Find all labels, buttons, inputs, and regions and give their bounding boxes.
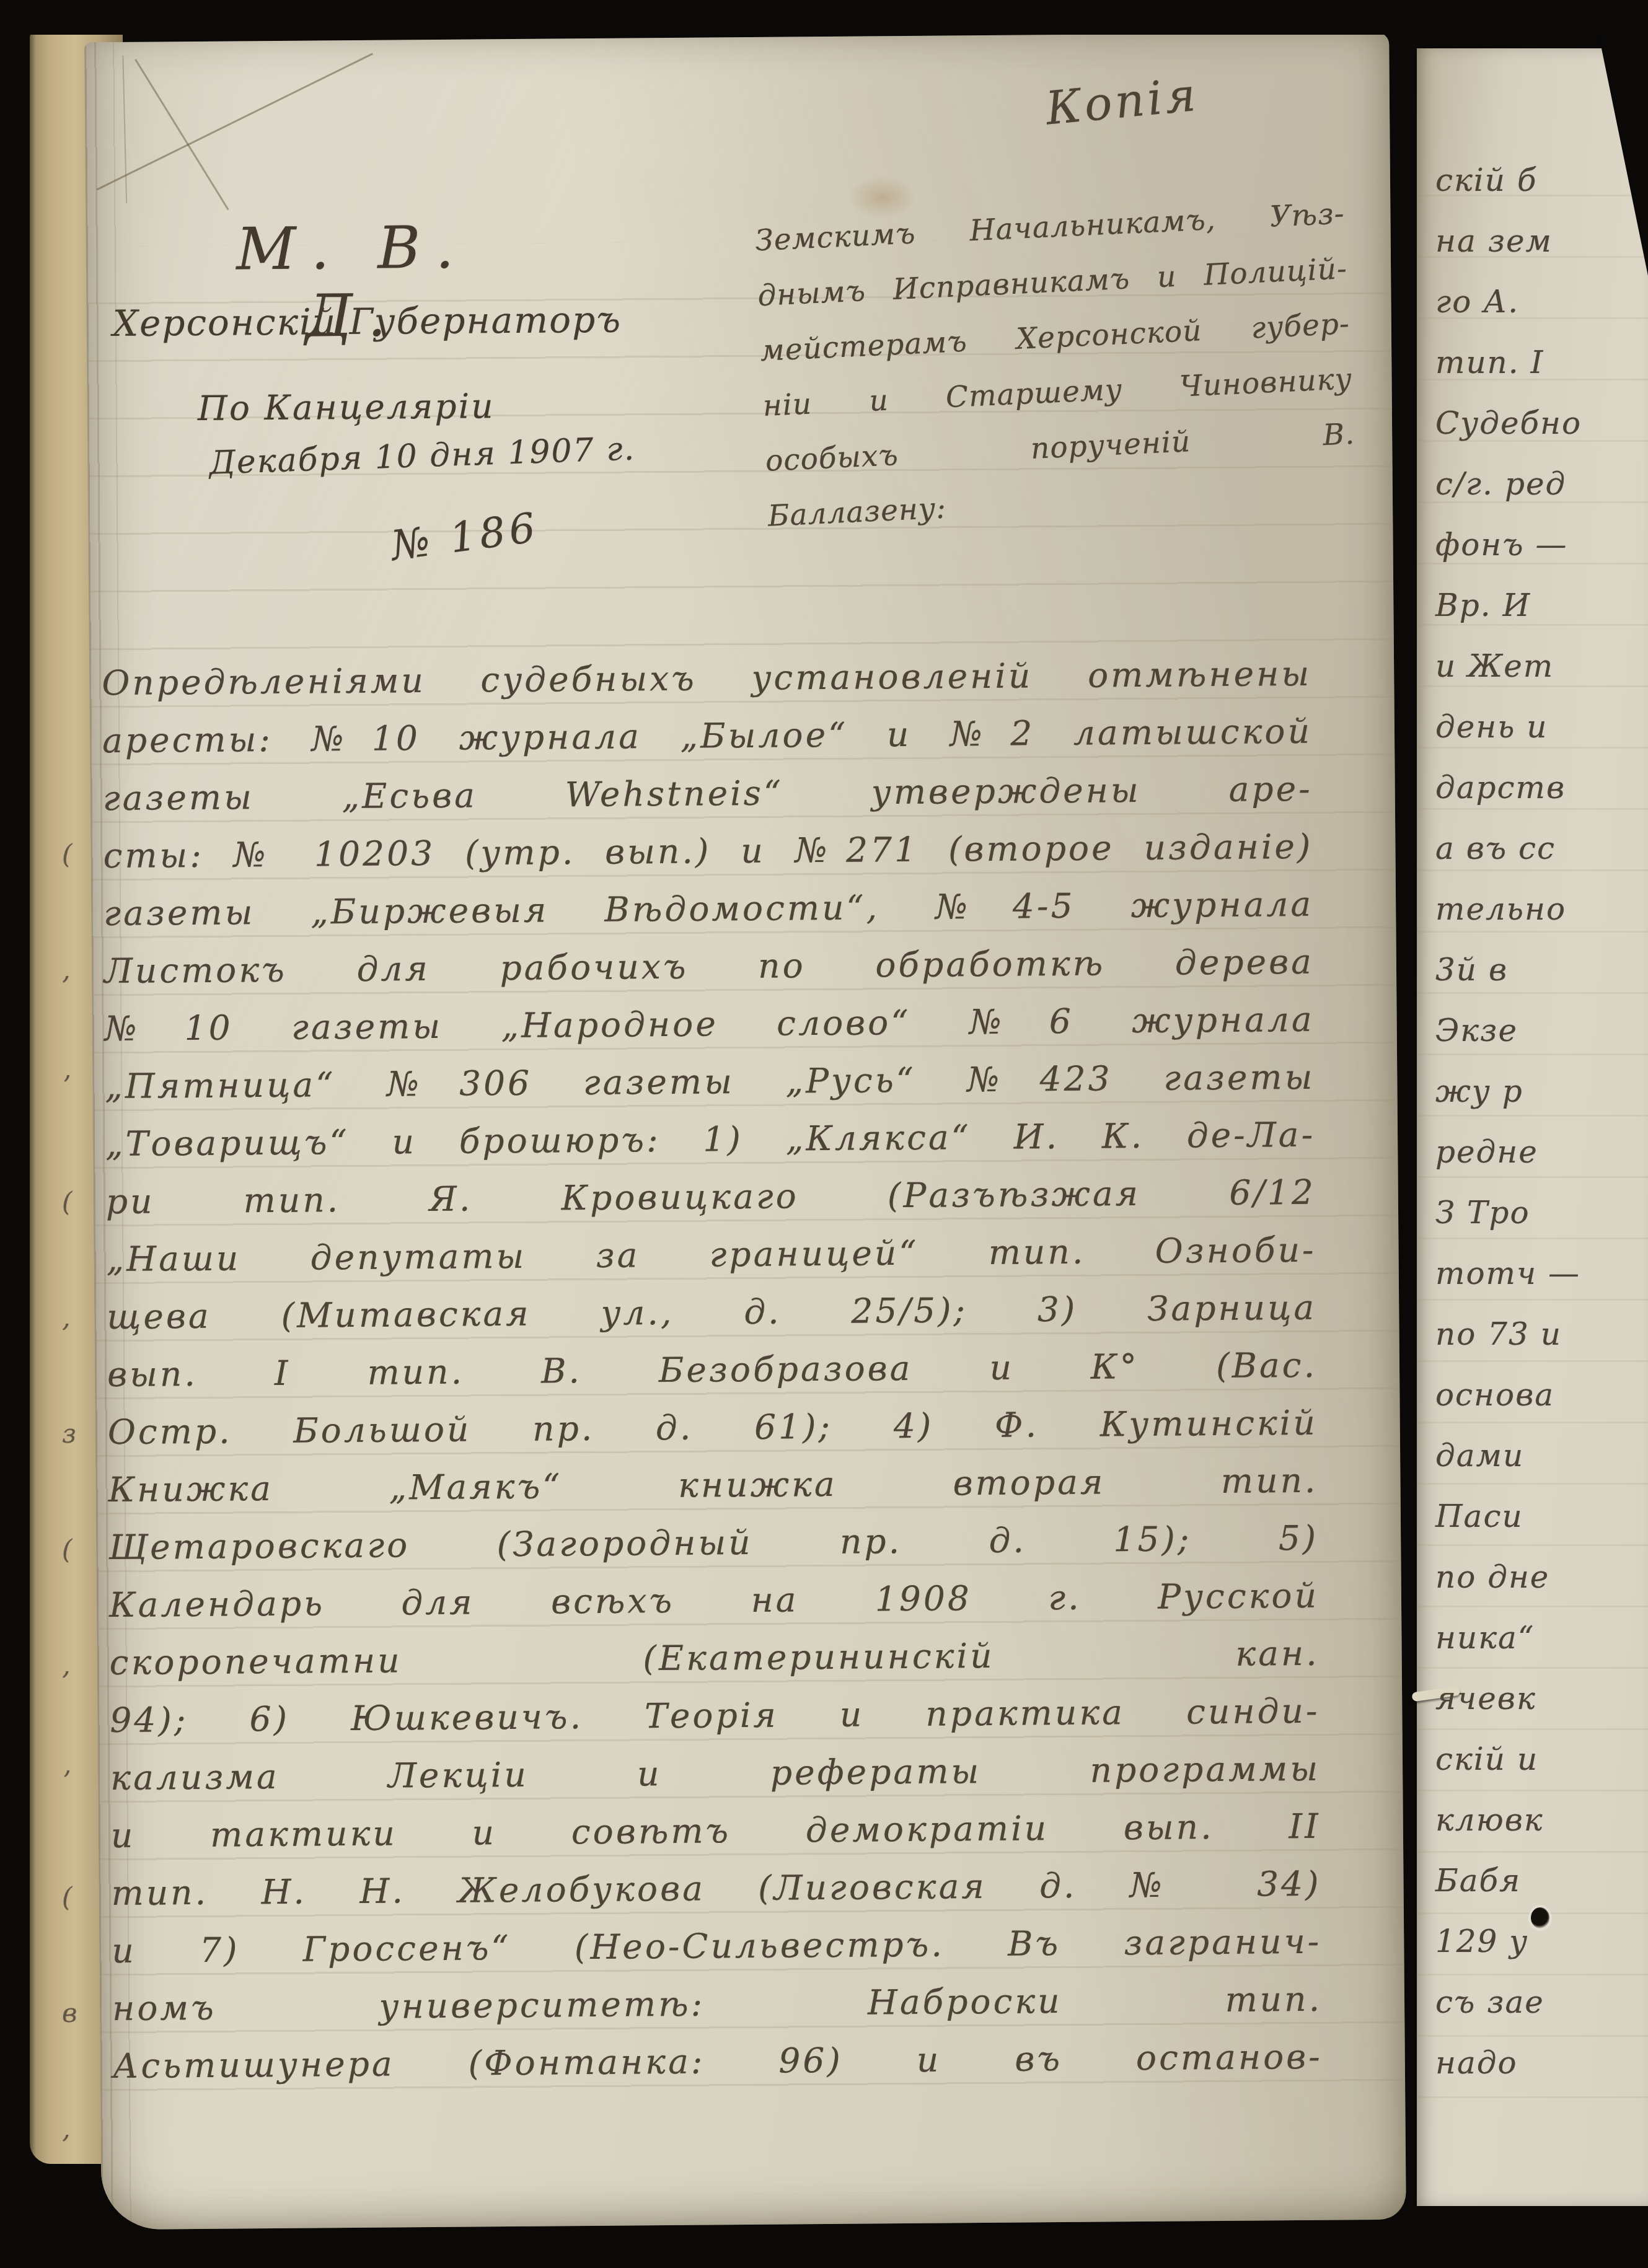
body-text: Опредѣленіями судебныхъ установленій отм… [102,645,1323,2095]
handwritten-line: Асьтишунера (Фонтанка: 96) и въ останов- [112,2028,1323,2095]
handwritten-line: и 7) Гроссенъ“ (Нео-Сильвестръ. Въ загра… [112,1913,1322,1980]
ink-mark: ‚ [62,1607,77,1723]
handwritten-fragment: Бабя [1435,1850,1582,1911]
handwritten-line: и тактики и совѣтъ демократіи вып. II [111,1798,1321,1865]
handwritten-fragment: го А. [1435,271,1582,332]
handwritten-fragment: жу р [1435,1061,1582,1122]
handwritten-line: 94); 6) Юшкевичъ. Теорія и практика синд… [110,1682,1320,1749]
main-page: Копія М. В. Д. Херсонскій Губернаторъ По… [84,32,1406,2230]
handwritten-fragment: ника“ [1435,1607,1582,1668]
ink-mark: ( [62,1144,77,1260]
handwritten-fragment: ячевк [1435,1668,1582,1729]
right-partial-page: скій бна земго А.тип. ІСудебнос/г. редфо… [1417,48,1648,2206]
letterhead-date: Декабря 10 дня 1907 г. [209,430,636,481]
handwritten-line: газеты „Биржевыя Вѣдомости“, №4-5 журнал… [104,876,1314,943]
letterhead-number: № 186 [388,503,541,569]
handwritten-line: „Пятница“ №306 газеты „Русь“ №423 газеты [105,1048,1315,1115]
handwritten-line: щева (Митавская ул., д. 25/5); 3) Зарниц… [107,1279,1317,1346]
handwritten-fragment: клювк [1435,1790,1582,1850]
handwritten-line: вып. I тип. В. Безобразова и К° (Вас. [107,1337,1318,1404]
handwritten-fragment: а въ сс [1435,818,1582,879]
handwritten-line: Щетаровскаго (Загородный пр. д. 15); 5) [108,1510,1319,1576]
handwritten-fragment: 129 у [1435,1911,1582,1972]
handwritten-fragment: тельно [1435,879,1582,939]
handwritten-fragment: и Жет [1435,636,1582,697]
ink-mark: ‚ [62,1260,77,1376]
ink-mark: з [62,1376,77,1492]
handwritten-fragment: дарств [1435,757,1582,818]
handwritten-line: аресты: №10 журнала „Былое“ и №2 латышск… [102,703,1313,770]
handwritten-fragment: Паси [1435,1486,1582,1547]
margin-ink-marks: (‚ʼ(‚з(‚ʼ(в‚ [62,796,77,2187]
handwritten-fragment: надо [1435,2033,1582,2093]
letterhead-office: Херсонскій Губернаторъ [112,299,622,345]
handwritten-fragment: тип. І [1435,332,1582,393]
handwritten-fragment: редне [1435,1122,1582,1182]
addressee-block: Земскимъ Начальникамъ, Уѣз-днымъ Исправн… [754,186,1359,543]
handwritten-fragment: дами [1435,1425,1582,1486]
handwritten-fragment: основа [1435,1365,1582,1425]
handwritten-fragment: день и [1435,697,1582,757]
handwritten-line: „Наши депутаты за границей“ тип. Озноби- [106,1221,1316,1288]
handwritten-line: Остр. Большой пр. д. 61); 4) Ф. Кутинскі… [107,1394,1318,1461]
handwritten-fragment: с/г. ред [1435,454,1582,514]
handwritten-line: Книжка „Маякъ“ книжка вторая тип. [108,1452,1318,1519]
ink-mark: ʼ [62,1028,77,1144]
handwritten-fragment: Вр. И [1435,575,1582,636]
right-page-text: скій бна земго А.тип. ІСудебнос/г. редфо… [1435,150,1582,2093]
handwritten-line: „Товарищъ“ и брошюръ: 1) „Клякса“ И. К. … [105,1106,1316,1173]
ink-mark: ( [62,1839,77,1955]
handwritten-line: Календарь для всѣхъ на 1908 г. Русской [109,1567,1320,1634]
handwritten-line: кализма Лекціи и рефераты программы [110,1740,1321,1807]
handwritten-line: Опредѣленіями судебныхъ установленій отм… [102,645,1312,712]
ink-mark: в [62,1955,77,2071]
handwritten-line: №10 газеты „Народное слово“ №6 журнала [104,991,1315,1058]
archival-scan: скій бна земго А.тип. ІСудебнос/г. редфо… [0,0,1648,2268]
handwritten-line: тип. Н. Н. Желобукова (Лиговская д. № 34… [111,1855,1321,1922]
handwritten-line: Листокъ для рабочихъ по обработкѣ дерева [104,933,1315,1000]
ink-mark: ( [62,1492,77,1607]
ink-mark: ‚ [62,912,77,1028]
letterhead-department: По Канцеляріи [198,386,495,428]
handwritten-line: номъ университетѣ: Наброски тип. [112,1971,1323,2037]
handwritten-line: ри тип. Я. Кровицкаго (Разъѣзжая 6/12 [106,1164,1316,1231]
handwritten-fragment: скій б [1435,150,1582,211]
handwritten-fragment: З Тро [1435,1182,1582,1243]
handwritten-line: скоропечатни (Екатерининскій кан. [109,1625,1320,1692]
punch-hole [1531,1907,1549,1928]
ink-mark: ( [62,796,77,912]
handwritten-fragment: Судебно [1435,393,1582,454]
handwritten-fragment: съ зае [1435,1972,1582,2033]
handwritten-fragment: на зем [1435,211,1582,271]
handwritten-fragment: 3й в [1435,939,1582,1000]
scan-edge [0,0,1648,35]
handwritten-fragment: тотч — [1435,1243,1582,1304]
handwritten-fragment: фонъ — [1435,514,1582,575]
handwritten-fragment: по 73 и [1435,1304,1582,1365]
copy-label: Копія [1043,68,1201,136]
handwritten-fragment: скій и [1435,1729,1582,1790]
handwritten-line: сты: № 10203 (утр. вып.) и №271 (второе … [103,818,1313,885]
ink-mark: ʼ [62,1723,77,1839]
handwritten-fragment: по дне [1435,1547,1582,1607]
handwritten-line: газеты „Есьва Wehstneis“ утверждены аре- [102,760,1313,827]
handwritten-fragment: Экзе [1435,1000,1582,1061]
ink-mark: ‚ [62,2071,77,2187]
